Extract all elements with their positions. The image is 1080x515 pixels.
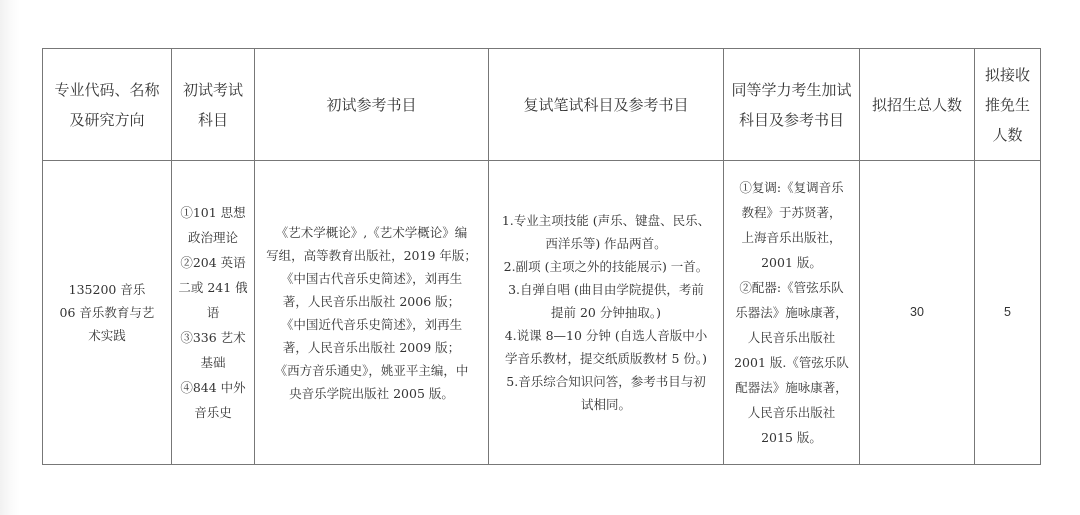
major-line: 术实践 (47, 324, 167, 347)
header-line: 初试参考书目 (259, 90, 484, 120)
exam-subject-4: ④844 中外 音乐史 (176, 376, 250, 424)
line: 5.音乐综合知识问答，参考书目与初 (493, 370, 719, 393)
line: 配器法》施咏康著， (728, 376, 855, 399)
line: 4.说课 8—10 分钟 (自选人音版中小 (493, 324, 719, 347)
header-line: 人数 (979, 120, 1036, 150)
line: 著，人民音乐出版社 2006 版； (259, 290, 484, 313)
extra-subject-2: ②配器:《管弦乐队 乐器法》施咏康著， 人民音乐出版社 2001 版.《管弦乐队… (728, 276, 855, 449)
line: 试相同。 (493, 393, 719, 416)
line: 写组，高等教育出版社，2019 年版； (259, 244, 484, 267)
line: 《西方音乐通史》，姚亚平主编，中 (259, 359, 484, 382)
header-line: 初试考试 (176, 75, 250, 105)
line: ②配器:《管弦乐队 (728, 276, 855, 299)
line: 人民音乐出版社 (728, 401, 855, 424)
line: 上海音乐出版社， (728, 226, 855, 249)
cell-equivalent-extra: ①复调:《复调音乐 教程》于苏贤著， 上海音乐出版社， 2001 版。 ②配器:… (724, 161, 860, 465)
line: 学音乐教材，提交纸质版教材 5 份。) (493, 347, 719, 370)
cell-major: 135200 音乐 06 音乐教育与艺 术实践 (43, 161, 172, 465)
header-line: 拟招生总人数 (864, 90, 970, 120)
exam-subject-1: ①101 思想 政治理论 (176, 201, 250, 249)
header-line: 同等学力考生加试 (728, 75, 855, 105)
line: 3.自弹自唱 (曲目由学院提供，考前 (493, 278, 719, 301)
line: 2001 版.《管弦乐队 (728, 351, 855, 374)
line: 2015 版。 (728, 426, 855, 449)
header-line: 拟接收 (979, 60, 1036, 90)
header-equivalent-extra: 同等学力考生加试 科目及参考书目 (724, 49, 860, 161)
header-reference-books: 初试参考书目 (255, 49, 489, 161)
line: 《中国近代音乐史简述》，刘再生 (259, 313, 484, 336)
line: 2.副项 (主项之外的技能展示) 一首。 (493, 255, 719, 278)
line: 西洋乐等) 作品两首。 (493, 232, 719, 255)
line: ②204 英语 (176, 251, 250, 274)
total-enrollment-value: 30 (910, 305, 924, 319)
header-line: 科目及参考书目 (728, 105, 855, 135)
line: 2001 版。 (728, 251, 855, 274)
line: 1.专业主项技能 (声乐、键盘、民乐、 (493, 209, 719, 232)
major-line: 06 音乐教育与艺 (47, 301, 167, 324)
cell-retest: 1.专业主项技能 (声乐、键盘、民乐、 西洋乐等) 作品两首。 2.副项 (主项… (489, 161, 724, 465)
header-line: 科目 (176, 105, 250, 135)
line: 基础 (176, 351, 250, 374)
table-row: 135200 音乐 06 音乐教育与艺 术实践 ①101 思想 政治理论 ②20… (43, 161, 1041, 465)
cell-reference-books: 《艺术学概论》,《艺术学概论》编 写组，高等教育出版社，2019 年版； 《中国… (255, 161, 489, 465)
line: 音乐史 (176, 401, 250, 424)
line: ③336 艺术 (176, 326, 250, 349)
line: 提前 20 分钟抽取。) (493, 301, 719, 324)
line: 《艺术学概论》,《艺术学概论》编 (259, 221, 484, 244)
line: 乐器法》施咏康著， (728, 301, 855, 324)
exam-subject-3: ③336 艺术 基础 (176, 326, 250, 374)
line: 《中国古代音乐史简述》，刘再生 (259, 267, 484, 290)
header-line: 及研究方向 (47, 105, 167, 135)
header-exempt-students: 拟接收 推免生 人数 (975, 49, 1041, 161)
line: 政治理论 (176, 226, 250, 249)
header-exam-subjects: 初试考试 科目 (172, 49, 255, 161)
line: 语 (176, 301, 250, 324)
exempt-students-value: 5 (1004, 305, 1011, 319)
header-total-enrollment: 拟招生总人数 (860, 49, 975, 161)
line: ①复调:《复调音乐 (728, 176, 855, 199)
header-line: 复试笔试科目及参考书目 (493, 90, 719, 120)
admissions-table: 专业代码、名称 及研究方向 初试考试 科目 初试参考书目 复试笔试科目及参考书目… (42, 48, 1041, 465)
header-line: 推免生 (979, 90, 1036, 120)
cell-total-enrollment: 30 (860, 161, 975, 465)
line: 二或 241 俄 (176, 276, 250, 299)
header-retest: 复试笔试科目及参考书目 (489, 49, 724, 161)
header-row: 专业代码、名称 及研究方向 初试考试 科目 初试参考书目 复试笔试科目及参考书目… (43, 49, 1041, 161)
line: 教程》于苏贤著， (728, 201, 855, 224)
line: ④844 中外 (176, 376, 250, 399)
line: 央音乐学院出版社 2005 版。 (259, 382, 484, 405)
major-line: 135200 音乐 (47, 278, 167, 301)
line: 人民音乐出版社 (728, 326, 855, 349)
cell-exam-subjects: ①101 思想 政治理论 ②204 英语 二或 241 俄 语 ③336 艺术 … (172, 161, 255, 465)
exam-subject-2: ②204 英语 二或 241 俄 语 (176, 251, 250, 324)
line: 著，人民音乐出版社 2009 版； (259, 336, 484, 359)
extra-subject-1: ①复调:《复调音乐 教程》于苏贤著， 上海音乐出版社， 2001 版。 (728, 176, 855, 274)
cell-exempt-students: 5 (975, 161, 1041, 465)
header-major: 专业代码、名称 及研究方向 (43, 49, 172, 161)
line: ①101 思想 (176, 201, 250, 224)
header-line: 专业代码、名称 (47, 75, 167, 105)
